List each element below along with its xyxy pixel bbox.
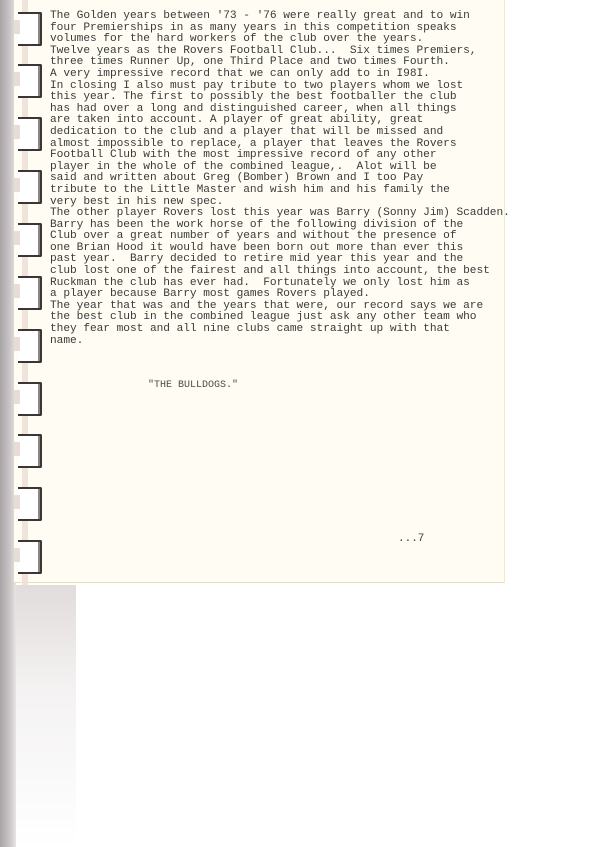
text-line: dedication to the club and a player that…	[50, 127, 520, 139]
text-line: they fear most and all nine clubs came s…	[50, 324, 520, 336]
page-number: ...7	[398, 533, 424, 545]
text-line: this year. The first to possibly the bes…	[50, 92, 520, 104]
text-line: Football Club with the most impressive r…	[50, 150, 520, 162]
text-line: tribute to the Little Master and wish hi…	[50, 185, 520, 197]
binding-ring	[18, 540, 42, 574]
spiral-binding	[14, 0, 44, 590]
binding-ring	[18, 170, 42, 204]
text-line: name.	[50, 336, 520, 348]
binding-ring	[18, 382, 42, 416]
text-line: A very impressive record that we can onl…	[50, 69, 520, 81]
binding-ring	[18, 117, 42, 151]
binding-ring	[18, 434, 42, 468]
text-line: The other player Rovers lost this year w…	[50, 208, 520, 220]
closing-title: "THE BULLDOGS."	[148, 380, 238, 391]
text-line: The Golden years between '73 - '76 were …	[50, 11, 520, 23]
text-line: club lost one of the fairest and all thi…	[50, 266, 520, 278]
binding-ring	[18, 329, 42, 363]
binding-ring	[18, 487, 42, 521]
binding-ring	[18, 12, 42, 46]
binding-ring	[18, 64, 42, 98]
body-text: The Golden years between '73 - '76 were …	[50, 11, 520, 347]
scanner-bottom-shadow	[16, 585, 76, 847]
binding-ring	[18, 223, 42, 257]
binding-ring	[18, 276, 42, 310]
